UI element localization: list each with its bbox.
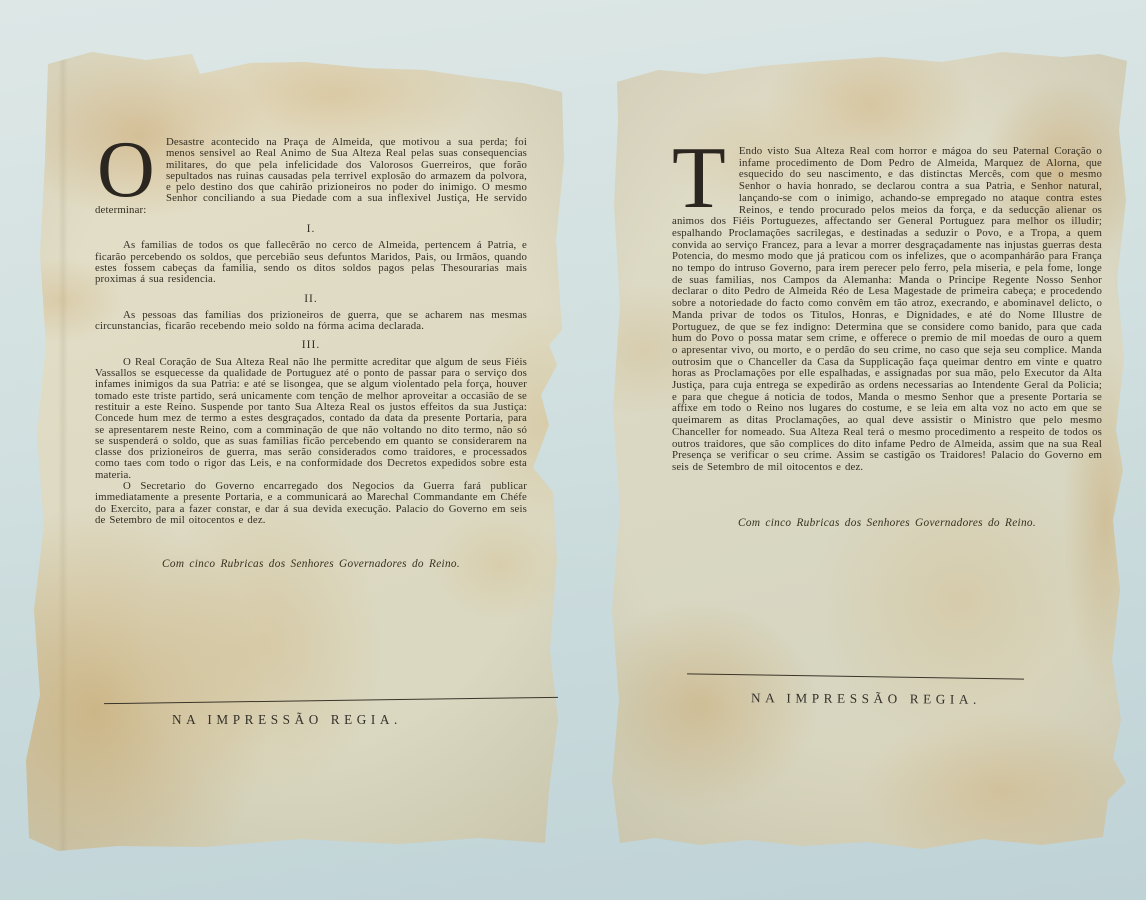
right-imprint: NA IMPRESSÃO REGIA. — [751, 690, 981, 708]
drop-cap-letter-t: T — [672, 146, 739, 210]
right-signature-line: Com cinco Rubricas dos Senhores Governad… — [672, 518, 1102, 530]
right-document: TEndo visto Sua Alteza Real com horror e… — [0, 0, 1146, 900]
right-document-text-column: TEndo visto Sua Alteza Real com horror e… — [672, 146, 1102, 529]
right-body-paragraph: TEndo visto Sua Alteza Real com horror e… — [672, 146, 1102, 474]
photograph-canvas: { "left_document": { "drop_cap": "O", "o… — [0, 0, 1146, 900]
